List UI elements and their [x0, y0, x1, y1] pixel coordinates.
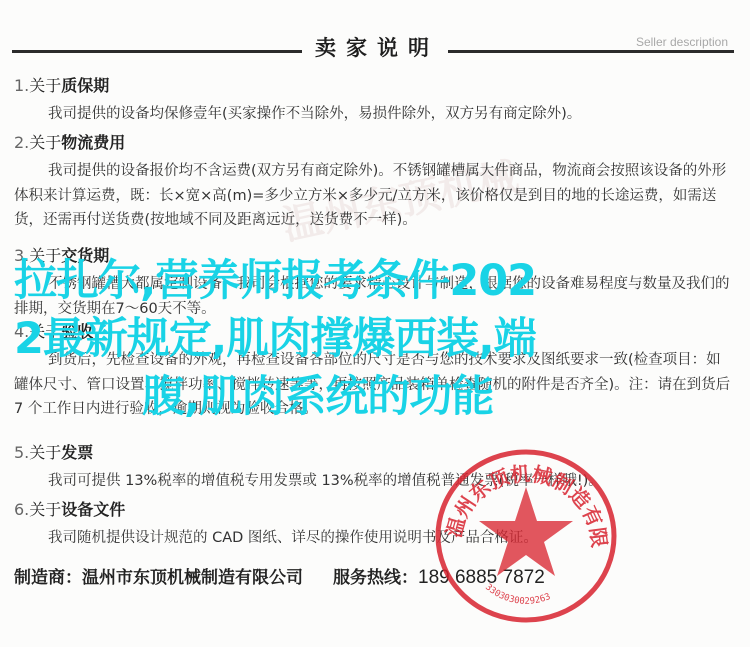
section-invoice: 5.关于发票 我司可提供 13%税率的增值税专用发票或 13%税率的增值税普通发… [14, 443, 734, 494]
section-acceptance: 4.关于验收 到货后，先检查设备的外观，再检查设备各部位的尺寸是否与您的技术要求… [14, 322, 734, 422]
section-warranty: 1.关于质保期 我司提供的设备均保修壹年(买家操作不当除外，易损件除外，双方另有… [14, 76, 734, 127]
section-paragraph: 我司提供的设备报价均不含运费(双方另有商定除外)。不锈钢罐槽属大件商品，物流商会… [14, 159, 734, 233]
section-heading: 4.关于验收 [14, 322, 734, 342]
section-heading: 6.关于设备文件 [14, 500, 734, 520]
section-heading: 3.关于交货期 [14, 246, 734, 266]
header-rule-right [448, 50, 734, 53]
header-rule-left [12, 50, 302, 53]
section-paragraph: 不锈钢罐槽大都属定制设备，我司会根据您的要求精心设计与制造，根据您的设备难易程度… [14, 272, 734, 321]
section-documents: 6.关于设备文件 我司随机提供设计规范的 CAD 图纸、详尽的操作使用说明书及产… [14, 500, 734, 551]
page-subtitle: Seller description [636, 35, 728, 49]
hotline-number: 189 6885 7872 [418, 567, 545, 588]
manufacturer-name: 温州市东顶机械制造有限公司 [82, 568, 303, 588]
section-shipping: 2.关于物流费用 我司提供的设备报价均不含运费(双方另有商定除外)。不锈钢罐槽属… [14, 133, 734, 233]
manufacturer-label: 制造商： [14, 568, 82, 588]
manufacturer-footer: 制造商：温州市东顶机械制造有限公司服务热线：189 6885 7872 [14, 563, 545, 589]
section-paragraph: 我司提供的设备均保修壹年(买家操作不当除外，易损件除外，双方另有商定除外)。 [14, 102, 734, 127]
document-header: 卖家说明 Seller description [12, 32, 734, 62]
section-paragraph: 我司可提供 13%税率的增值税专用发票或 13%税率的增值税普通发票(税率一样哦… [14, 469, 734, 494]
section-paragraph: 我司随机提供设计规范的 CAD 图纸、详尽的操作使用说明书及产品合格证。 [14, 526, 734, 551]
section-heading: 2.关于物流费用 [14, 133, 734, 153]
section-heading: 5.关于发票 [14, 443, 734, 463]
section-paragraph: 到货后，先检查设备的外观，再检查设备各部位的尺寸是否与您的技术要求及图纸要求一致… [14, 348, 734, 422]
section-delivery: 3.关于交货期 不锈钢罐槽大都属定制设备，我司会根据您的要求精心设计与制造，根据… [14, 246, 734, 321]
page-title: 卖家说明 [312, 32, 442, 62]
hotline-label: 服务热线： [333, 568, 418, 588]
section-heading: 1.关于质保期 [14, 76, 734, 96]
